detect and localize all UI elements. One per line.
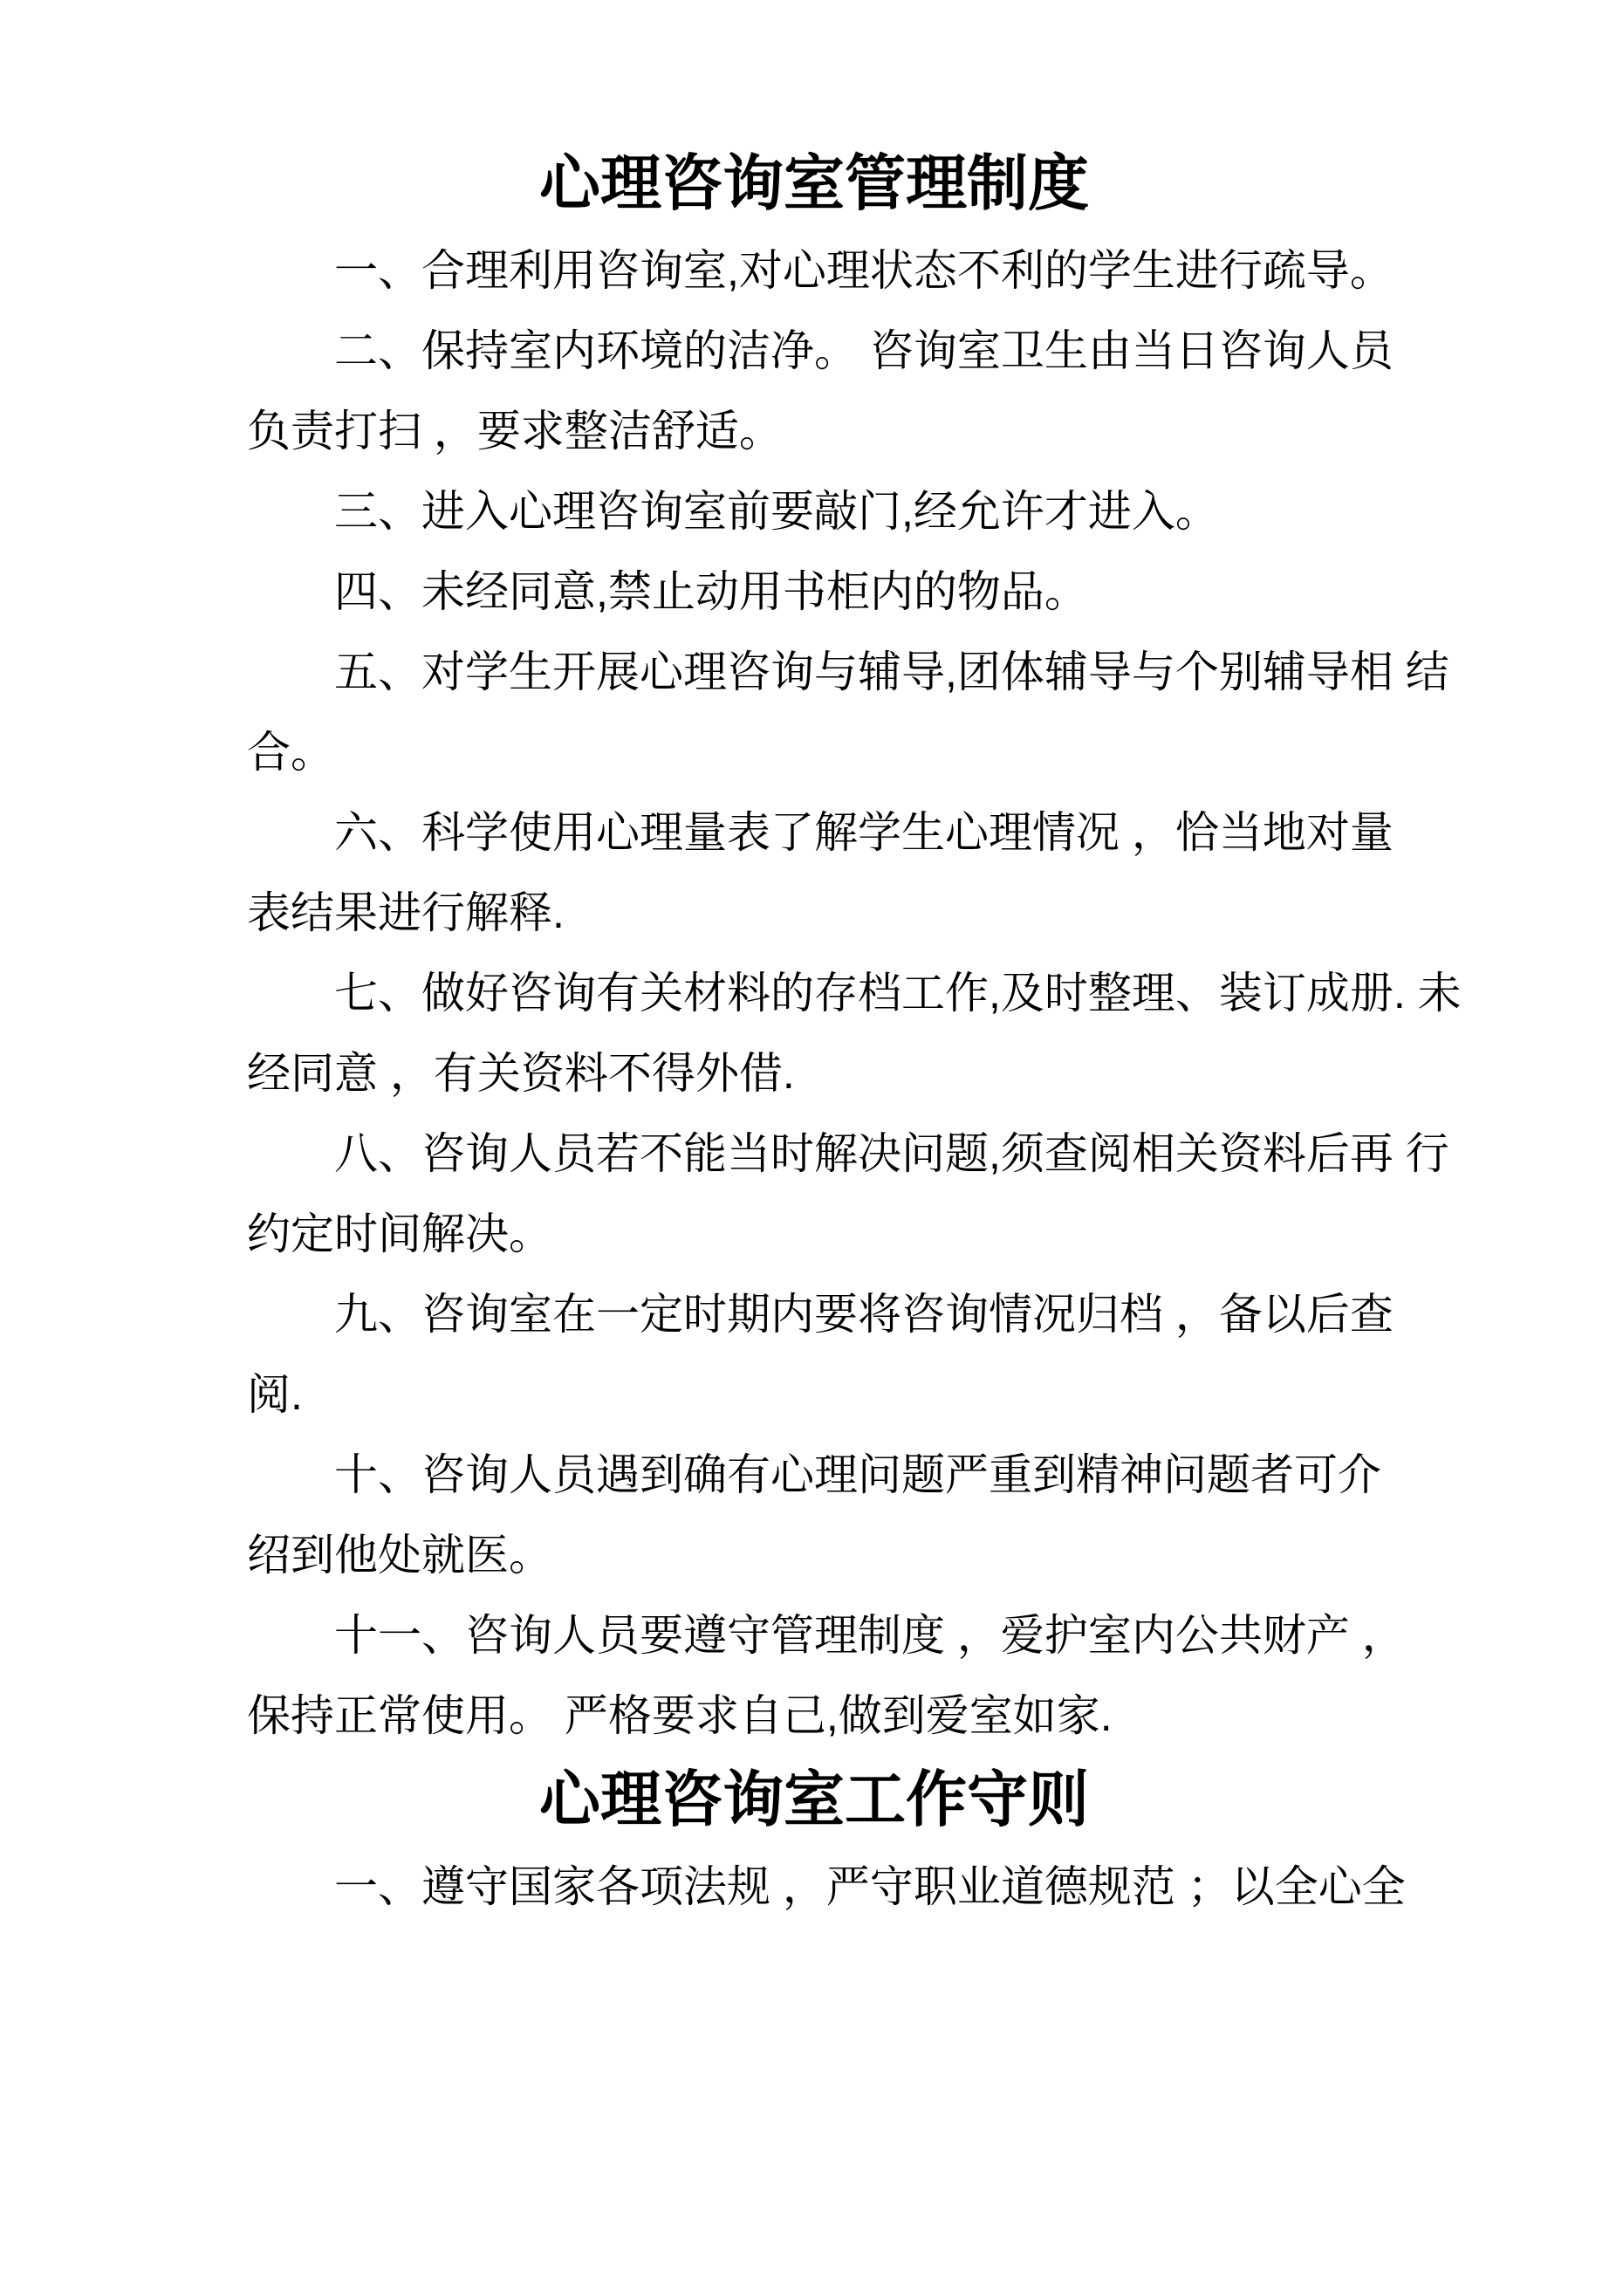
rule-item-6: 六、科学使用心理量表了解学生心理情况 ，恰当地对量 xyxy=(247,792,1381,873)
rule-item-6-continuation: 表结果进行解释. xyxy=(247,873,1381,953)
rule-item-8: 八、咨询人员若不能当时解决问题,须查阅相关资料后再 行 xyxy=(247,1114,1381,1194)
rule-item-9: 九、咨询室在一定时期内要将咨询情况归档 ，备以后查 xyxy=(247,1274,1381,1354)
rule-item-5-continuation: 合。 xyxy=(247,712,1381,792)
rule-item-5: 五、对学生开展心理咨询与辅导,团体辅导与个别辅导相 结 xyxy=(247,632,1381,712)
rule-item-1: 一、合理利用咨询室,对心理状态不利的学生进行疏导。 xyxy=(247,230,1381,311)
rule-item-4: 四、未经同意,禁止动用书柜内的物品。 xyxy=(247,552,1381,632)
section-title-management-rules: 心理咨询室管理制度 xyxy=(247,140,1381,230)
rule-item-11: 十一、咨询人员要遵守管理制度 ，爱护室内公共财产 ， xyxy=(247,1595,1381,1676)
rule-item-7: 七、做好咨询有关材料的存档工作,及时整理、装订成册. 未 xyxy=(247,953,1381,1033)
section-title-work-guidelines: 心理咨询室工作守则 xyxy=(247,1756,1381,1847)
document-body: 心理咨询室管理制度 一、合理利用咨询室,对心理状态不利的学生进行疏导。 二、保持… xyxy=(247,140,1381,1927)
guideline-item-1: 一、遵守国家各项法规 ，严守职业道德规范 ；以全心全 xyxy=(247,1847,1381,1927)
rule-item-9-continuation: 阅. xyxy=(247,1354,1381,1435)
document-page: 心理咨询室管理制度 一、合理利用咨询室,对心理状态不利的学生进行疏导。 二、保持… xyxy=(0,0,1623,2296)
rule-item-2-continuation: 负责打扫 ，要求整洁舒适。 xyxy=(247,391,1381,471)
rule-item-2: 二、保持室内环境的洁净。 咨询室卫生由当日咨询人员 xyxy=(247,311,1381,391)
rule-item-10-continuation: 绍到他处就医。 xyxy=(247,1515,1381,1595)
rule-item-3: 三、进入心理咨询室前要敲门,经允许才进入。 xyxy=(247,471,1381,552)
rule-item-8-continuation: 约定时间解决。 xyxy=(247,1194,1381,1274)
rule-item-11-continuation: 保持正常使用。 严格要求自己,做到爱室如家. xyxy=(247,1676,1381,1756)
rule-item-10: 十、咨询人员遇到确有心理问题严重到精神问题者可介 xyxy=(247,1435,1381,1515)
rule-item-7-continuation: 经同意 ，有关资料不得外借. xyxy=(247,1033,1381,1114)
